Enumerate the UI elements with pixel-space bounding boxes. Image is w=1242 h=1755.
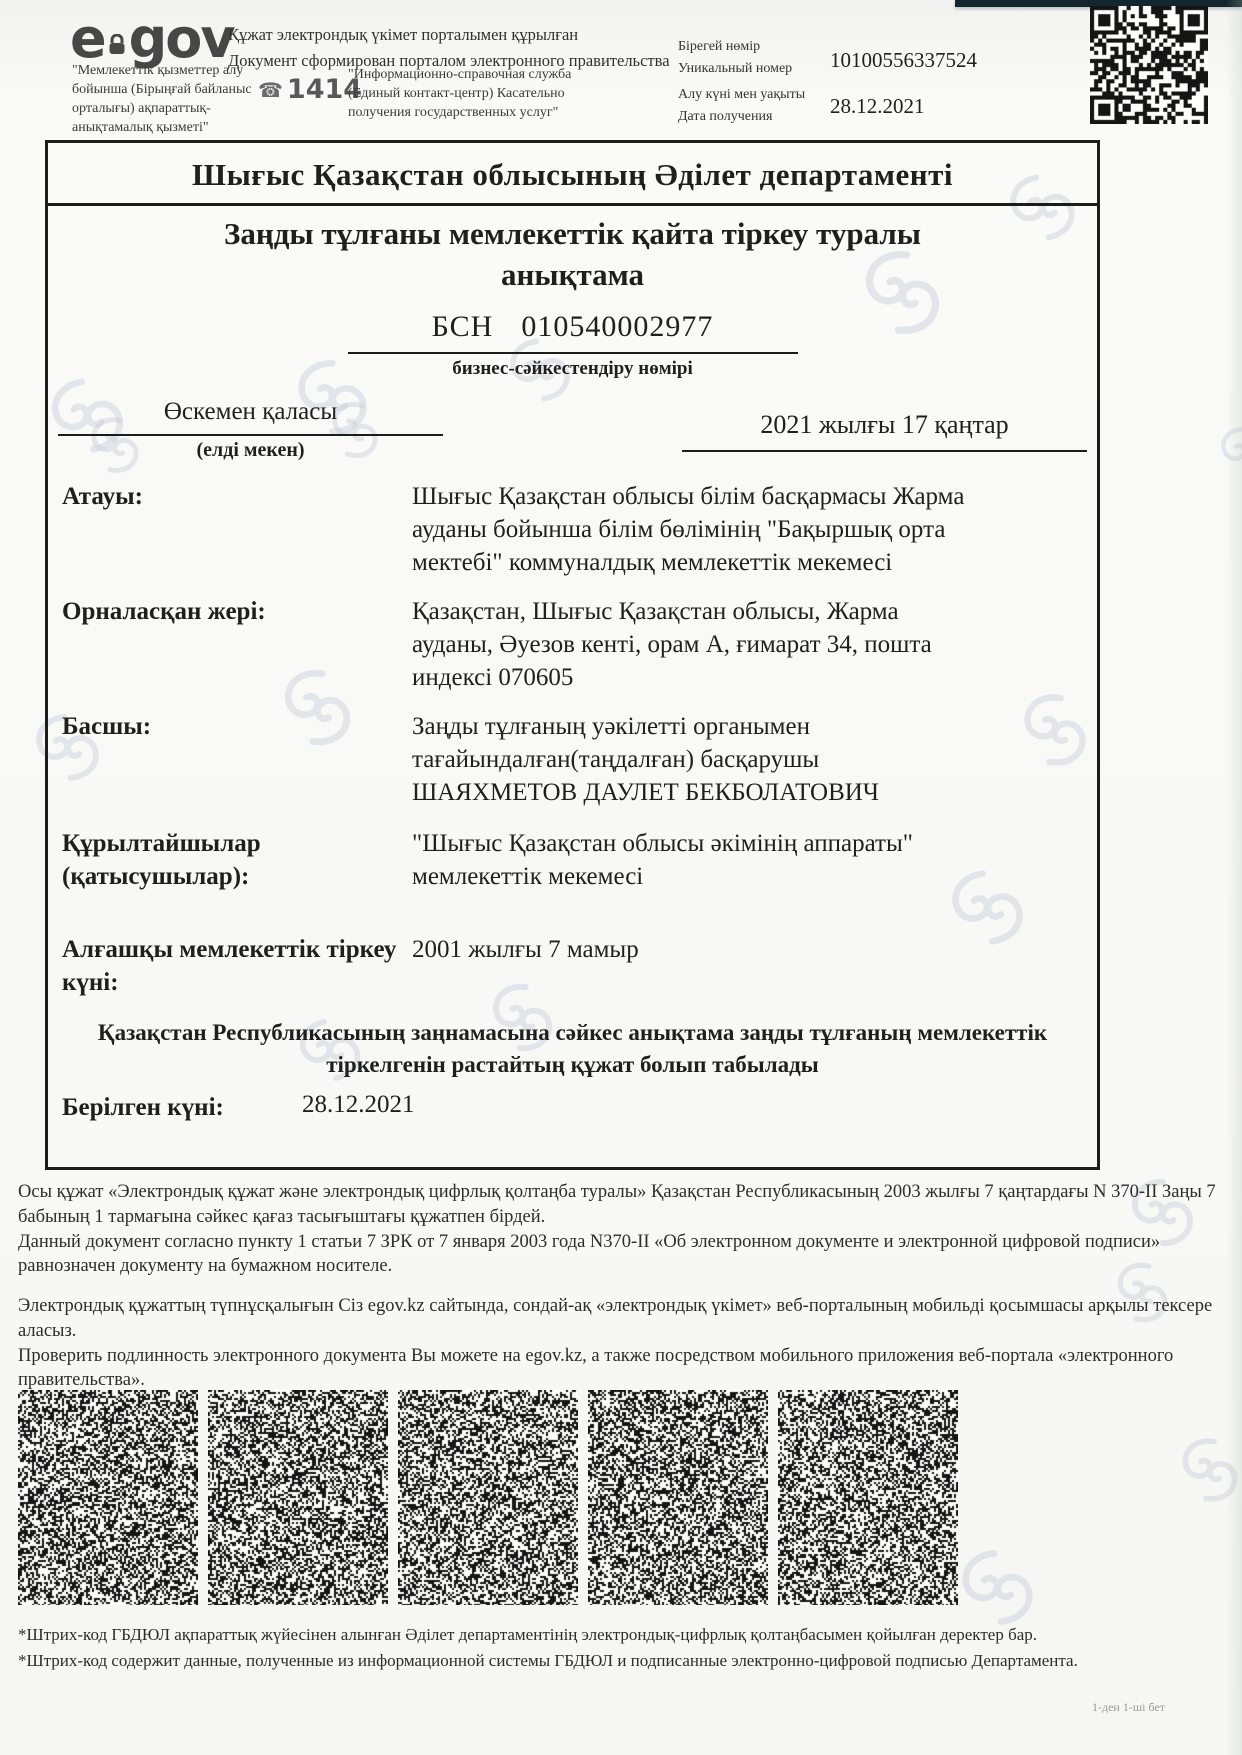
issued-row: Берілген күні: 28.12.2021 [48,1091,1097,1124]
egov-logo-e: e [70,12,105,66]
egov-logo-gov: gov [129,12,234,66]
field-row-head: Басшы: Заңды тұлғаның уәкілетті органыме… [62,710,1097,809]
title-divider [48,203,1097,206]
bin-label: БСН [432,310,494,343]
page-number: 1-ден 1-ші бет [1092,1700,1165,1715]
field-value: "Шығыс Қазақстан облысы әкімінің аппарат… [412,827,972,893]
field-label: Алғашқы мемлекеттік тіркеу күні: [62,933,412,999]
field-label: Орналасқан жері: [62,595,412,694]
certificate-box: Шығыс Қазақстан облысының Әділет департа… [45,140,1100,1170]
issued-label: Берілген күні: [62,1091,302,1124]
field-label: Құрылтайшылар (қатысушылар): [62,827,412,893]
bin-caption: бизнес-сәйкестендіру нөмірі [48,358,1097,380]
contact-center-text-ru: "Информационно-справочная служба (Единый… [348,66,620,123]
footnote-kz: *Штрих-код ГБДЮЛ ақпараттық жүйесінен ал… [18,1622,1208,1648]
legal-notes: Осы құжат «Электрондық құжат және электр… [18,1180,1230,1393]
field-row-name: Атауы: Шығыс Қазақстан облысы білім басқ… [62,480,1097,579]
footnote-ru: *Штрих-код содержит данные, полученные и… [18,1648,1208,1674]
barcode-strip [18,1390,958,1605]
field-value: 2001 жылғы 7 мамыр [412,933,972,999]
legal-p1-ru: Данный документ согласно пункту 1 статьи… [18,1230,1230,1280]
field-label: Атауы: [62,480,412,579]
field-row-first-registration: Алғашқы мемлекеттік тіркеу күні: 2001 жы… [62,933,1097,999]
contact-phone: ☎ 1414 [258,74,362,105]
certificate-title: Заңды тұлғаны мемлекеттік қайта тіркеу т… [153,214,993,296]
barcode-block [588,1390,768,1605]
date-block: 2021 жылғы 17 қаңтар [682,410,1087,462]
field-value: Қазақстан, Шығыс Қазақстан облысы, Жарма… [412,595,972,694]
field-row-location: Орналасқан жері: Қазақстан, Шығыс Қазақс… [62,595,1097,694]
legal-p2-kz: Электрондық құжаттың түпнұсқалығын Сіз e… [18,1294,1230,1344]
bin-row: БСН010540002977 [48,310,1097,344]
barcode-block [398,1390,578,1605]
barcode-footnotes: *Штрих-код ГБДЮЛ ақпараттық жүйесінен ал… [18,1622,1208,1673]
legal-p2-ru: Проверить подлинность электронного докум… [18,1344,1230,1394]
egov-logo: e gov [70,12,234,66]
field-value: Шығыс Қазақстан облысы білім басқармасы … [412,480,972,579]
barcode-block [18,1390,198,1605]
portal-tagline-kz: Құжат электрондық үкімет порталымен құры… [228,22,728,48]
qr-code [1090,6,1208,124]
issued-date: 28.12.2021 [302,1091,415,1124]
department-title: Шығыс Қазақстан облысының Әділет департа… [48,157,1097,193]
receive-date-value: 28.12.2021 [830,94,925,119]
bin-underline [348,352,798,354]
city-block: Өскемен қаласы (елді мекен) [58,398,443,462]
unique-number-value: 10100556337524 [830,48,977,73]
phone-icon: ☎ [258,78,283,102]
barcode-block [208,1390,388,1605]
legal-statement: Қазақстан Республикасының заңнамасына сә… [78,1017,1068,1081]
legal-p1-kz: Осы құжат «Электрондық құжат және электр… [18,1180,1230,1230]
barcode-block [778,1390,958,1605]
scanned-document-page: e gov Құжат электрондық үкімет порталыме… [0,0,1242,1755]
city-caption: (елді мекен) [58,439,443,462]
scan-edge-shade [1226,0,1242,1755]
field-value: Заңды тұлғаның уәкілетті органымен тағай… [412,710,972,809]
bin-number: 010540002977 [521,310,713,343]
field-row-founders: Құрылтайшылар (қатысушылар): "Шығыс Қаза… [62,827,1097,893]
registration-date: 2021 жылғы 17 қаңтар [682,410,1087,452]
fields: Атауы: Шығыс Қазақстан облысы білім басқ… [48,480,1097,999]
city-date-row: Өскемен қаласы (елді мекен) 2021 жылғы 1… [48,398,1097,462]
city-name: Өскемен қаласы [58,398,443,436]
field-label: Басшы: [62,710,412,809]
egov-lock-icon [108,34,126,60]
